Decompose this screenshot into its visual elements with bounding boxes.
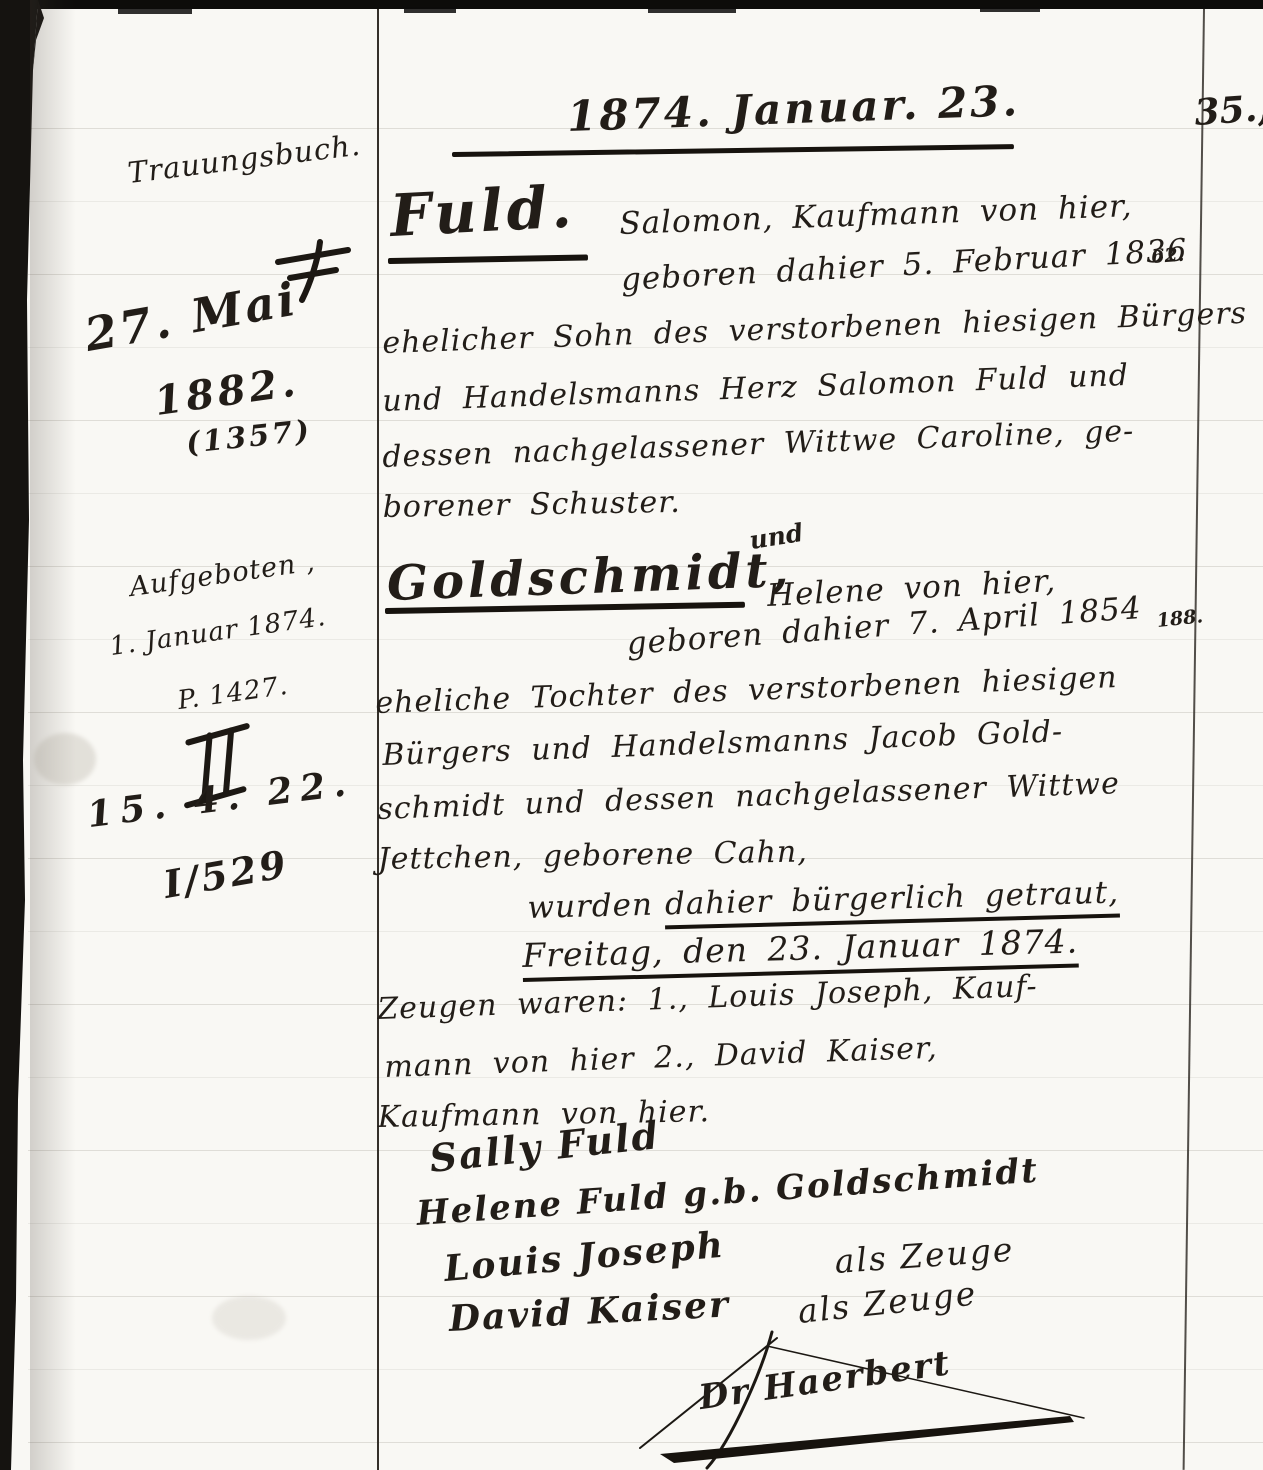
bride-birth-record-number: 188. [1156,605,1204,632]
page-number: 35., [1193,87,1263,134]
groom-description: Salomon, Kaufmann von hier, [619,188,1133,242]
paper-stain [212,1296,286,1340]
groom-birth-line: geboren dahier 5. Februar 1836 [620,232,1188,298]
registrar-signature-flourish [612,1330,1112,1470]
groom-parents-line: ehelicher Sohn des verstorbenen hiesigen… [382,296,1248,361]
register-type-label: Trauungsbuch. [126,128,363,190]
witness2-role: als Zeuge [796,1273,979,1331]
groom-surname: Fuld. [388,172,576,250]
banns-label: Aufgeboten , [128,546,318,603]
left-margin-rule [377,9,379,1470]
register-page-scan: 1874. Januar. 23. 35., Trauungsbuch. 27.… [0,0,1263,1470]
death-date: 27. Mai [81,271,302,362]
right-margin-rule [1183,9,1205,1470]
paper-stain [34,733,96,785]
bride-parents-line: Bürgers und Handelsmanns Jacob Gold- [382,714,1064,773]
banns-page-reference: P. 1427. [176,671,290,716]
scan-top-edge [118,8,192,14]
groom-parents-line: dessen nachgelassener Wittwe Caroline, g… [382,414,1135,475]
file-reference: I/529 [160,841,292,907]
death-year: 1882. [151,358,301,425]
witnesses-line: Zeugen waren: 1., Louis Joseph, Kauf- [377,969,1038,1027]
bride-parents-line: Jettchen, geborene Cahn, [377,834,808,877]
bride-parents-line: schmidt und dessen nachgelassener Wittwe [377,766,1121,827]
witness1-signature: Louis Joseph [442,1224,726,1290]
marriage-statement-prefix: wurden [527,887,653,926]
witness1-role: als Zeuge [833,1230,1015,1281]
scan-top-edge [648,8,736,13]
entry-date-heading: 1874. Januar. 23. [566,76,1021,141]
groom-surname-underline [388,255,588,264]
groom-birth-record-number: 62. [1150,244,1185,268]
scan-top-edge [980,7,1040,12]
ruled-line [28,1077,1263,1078]
groom-parents-line: und Handelsmanns Herz Salomon Fuld und [382,358,1130,419]
groom-parents-line: borener Schuster. [382,485,681,525]
banns-date: 1. Januar 1874. [108,602,328,662]
ruled-line [28,712,1263,713]
ruled-line [28,1223,1263,1224]
marriage-statement: wurdendahier bürgerlich getraut, [527,875,1119,926]
scan-top-edge [404,7,456,13]
heading-underline [452,144,1014,157]
